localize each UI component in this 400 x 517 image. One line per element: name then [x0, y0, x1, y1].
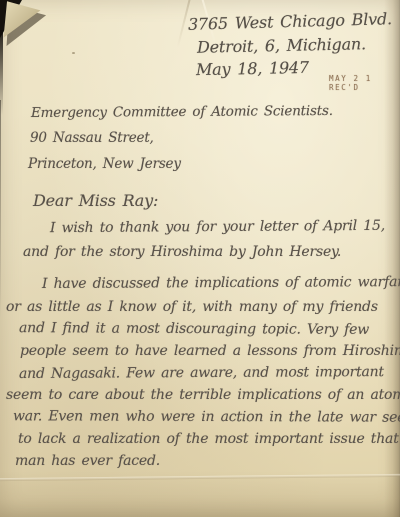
letter-body-line: I wish to thank you for your letter of A…: [50, 218, 385, 236]
letter-body-line: and I find it a most discouraging topic.…: [19, 320, 369, 338]
scanned-letter: 3765 West Chicago Blvd. Detroit, 6, Mich…: [0, 0, 400, 517]
letter-body-line: war. Even men who were in action in the …: [13, 408, 400, 425]
sender-address-line: Detroit, 6, Michigan.: [197, 34, 366, 57]
recipient-line: Princeton, New Jersey: [28, 156, 181, 172]
received-stamp: MAY 2 1 REC'D: [329, 74, 400, 92]
letter-body-line: and for the story Hiroshima by John Hers…: [23, 244, 341, 260]
recipient-line: Emergency Committee of Atomic Scientists…: [31, 103, 333, 121]
letter-body-line: people seem to have learned a lessons fr…: [20, 343, 400, 359]
letter-body-line: and Nagasaki. Few are aware, and most im…: [19, 364, 384, 382]
letter-body-line: I have discussed the implications of ato…: [42, 274, 400, 292]
recipient-line: 90 Nassau Street,: [30, 130, 154, 146]
letter-date: May 18, 1947: [196, 58, 309, 79]
paper-speck: [72, 52, 75, 54]
letter-body-line: seem to care about the terrible implicat…: [6, 387, 400, 403]
sender-address-line: 3765 West Chicago Blvd.: [188, 9, 392, 34]
paper-left-edge-shadow: [0, 100, 1, 320]
paper-left-edge-shadow: [0, 30, 3, 115]
letter-body-line: or as little as I know of it, with many …: [6, 299, 378, 315]
salutation: Dear Miss Ray:: [33, 191, 158, 210]
letter-paper: 3765 West Chicago Blvd. Detroit, 6, Mich…: [0, 0, 400, 517]
letter-body-line: man has ever faced.: [15, 453, 160, 469]
letter-body-line: to lack a realization of the most import…: [18, 431, 399, 447]
